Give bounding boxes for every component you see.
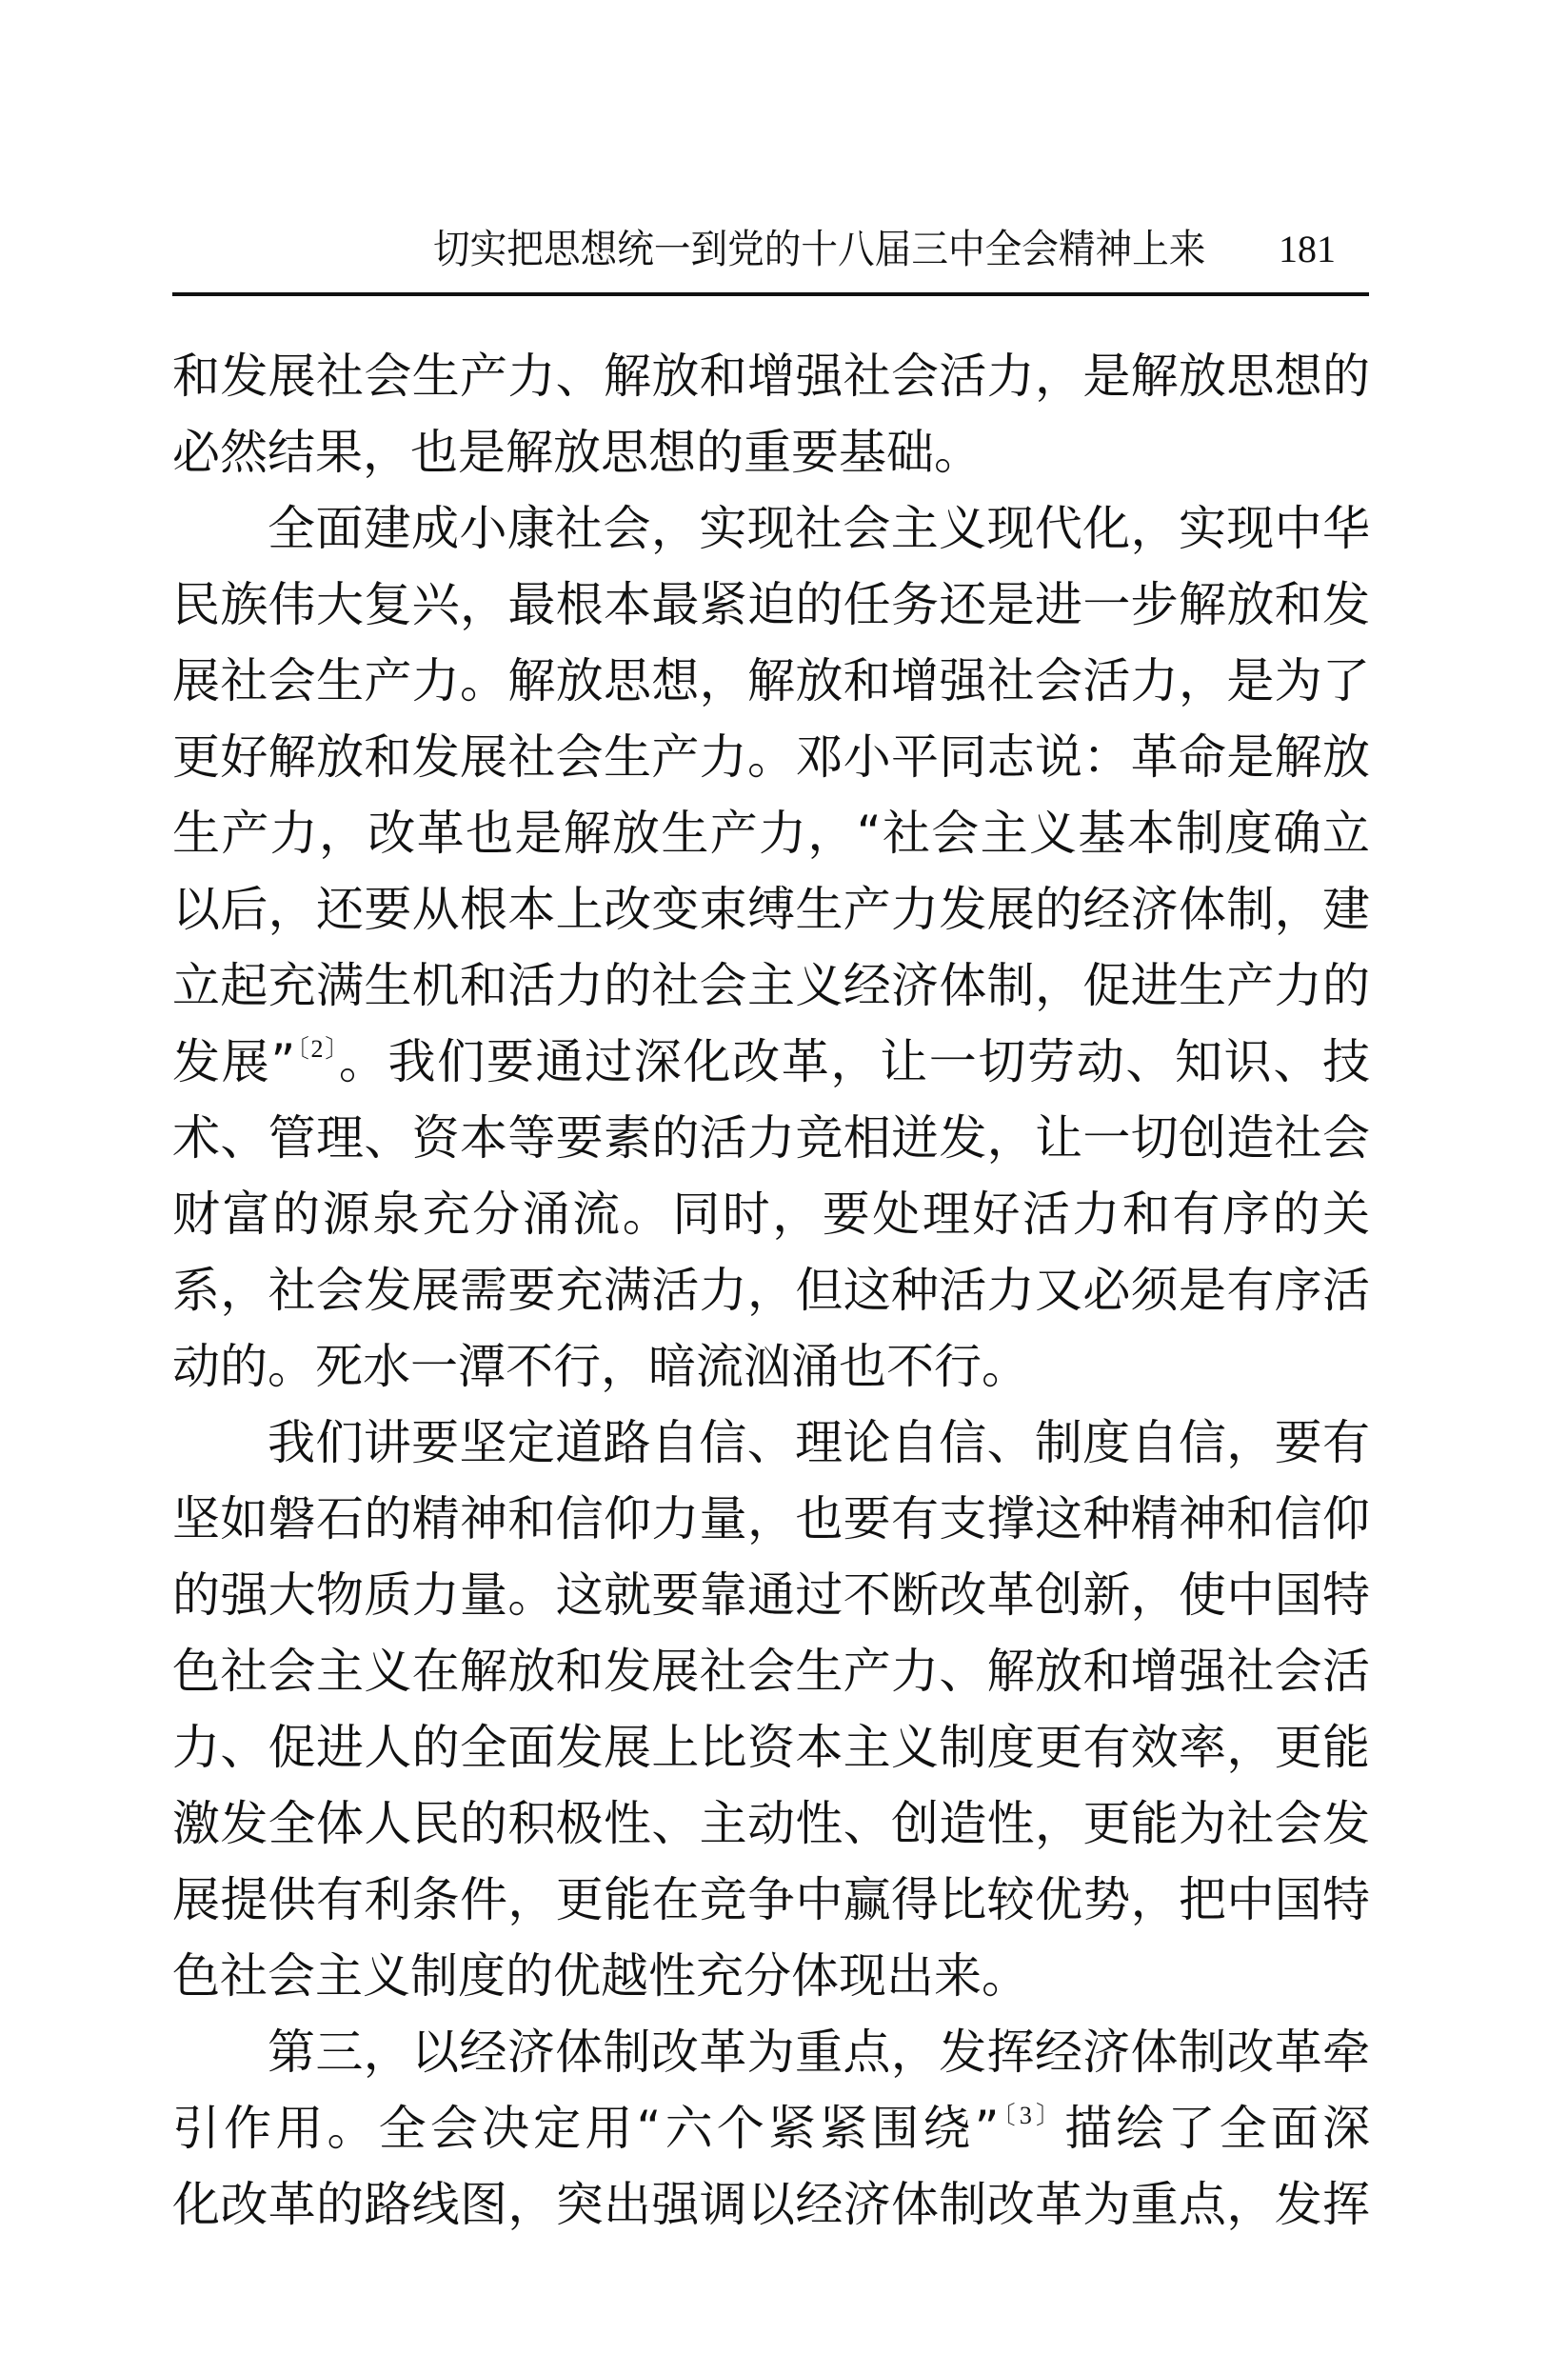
text-line: 引作用。全会决定用“六个紧紧围绕”〔3〕描绘了全面深 (172, 2090, 1370, 2166)
text-segment: 引作用。全会决定用“六个紧紧围绕” (172, 2101, 999, 2156)
running-header-title: 切实把思想统一到党的十八届三中全会精神上来 (433, 225, 1205, 274)
text-line: 必然结果，也是解放思想的重要基础。 (172, 414, 1370, 490)
text-line: 财富的源泉充分涌流。同时，要处理好活力和有序的关 (172, 1176, 1370, 1252)
text-line: 生产力，改革也是解放生产力，“社会主义基本制度确立 (172, 795, 1370, 871)
text-segment: 发展” (172, 1034, 295, 1089)
text-line: 发展”〔2〕。我们要通过深化改革，让一切劳动、知识、技 (172, 1024, 1370, 1100)
header-rule (172, 292, 1369, 296)
text-line: 的强大物质力量。这就要靠通过不断改革创新，使中国特 (172, 1557, 1370, 1633)
text-line: 展社会生产力。解放思想，解放和增强社会活力，是为了 (172, 643, 1370, 719)
text-line: 展提供有利条件，更能在竞争中赢得比较优势，把中国特 (172, 1862, 1370, 1938)
text-segment: 描绘了全面深 (1064, 2101, 1370, 2156)
text-line: 动的。死水一潭不行，暗流汹涌也不行。 (172, 1328, 1370, 1405)
text-line: 更好解放和发展社会生产力。邓小平同志说：革命是解放 (172, 719, 1370, 795)
running-header: 切实把思想统一到党的十八届三中全会精神上来 181 (172, 221, 1368, 278)
book-page: 切实把思想统一到党的十八届三中全会精神上来 181 和发展社会生产力、解放和增强… (0, 0, 1568, 2354)
text-line: 以后，还要从根本上改变束缚生产力发展的经济体制，建 (172, 871, 1370, 948)
text-line: 全面建成小康社会，实现社会主义现代化，实现中华 (172, 490, 1370, 567)
text-line: 色社会主义制度的优越性充分体现出来。 (172, 1938, 1370, 2014)
footnote-reference[interactable]: 〔2〕 (295, 1035, 339, 1063)
text-line: 激发全体人民的积极性、主动性、创造性，更能为社会发 (172, 1785, 1370, 1862)
body-text: 和发展社会生产力、解放和增强社会活力，是解放思想的必然结果，也是解放思想的重要基… (172, 338, 1370, 2243)
text-line: 和发展社会生产力、解放和增强社会活力，是解放思想的 (172, 338, 1370, 414)
text-line: 第三，以经济体制改革为重点，发挥经济体制改革牵 (172, 2014, 1370, 2090)
text-line: 我们讲要坚定道路自信、理论自信、制度自信，要有 (172, 1405, 1370, 1481)
text-line: 术、管理、资本等要素的活力竞相迸发，让一切创造社会 (172, 1100, 1370, 1176)
footnote-reference[interactable]: 〔3〕 (999, 2102, 1064, 2129)
text-line: 化改革的路线图，突出强调以经济体制改革为重点，发挥 (172, 2166, 1370, 2243)
text-line: 坚如磐石的精神和信仰力量，也要有支撑这种精神和信仰 (172, 1481, 1370, 1557)
text-line: 系，社会发展需要充满活力，但这种活力又必须是有序活 (172, 1252, 1370, 1328)
text-line: 力、促进人的全面发展上比资本主义制度更有效率，更能 (172, 1709, 1370, 1785)
text-line: 色社会主义在解放和发展社会生产力、解放和增强社会活 (172, 1633, 1370, 1709)
page-number: 181 (1279, 225, 1336, 274)
text-line: 立起充满生机和活力的社会主义经济体制，促进生产力的 (172, 948, 1370, 1024)
text-segment: 。我们要通过深化改革，让一切劳动、知识、技 (339, 1034, 1370, 1089)
text-line: 民族伟大复兴，最根本最紧迫的任务还是进一步解放和发 (172, 567, 1370, 643)
